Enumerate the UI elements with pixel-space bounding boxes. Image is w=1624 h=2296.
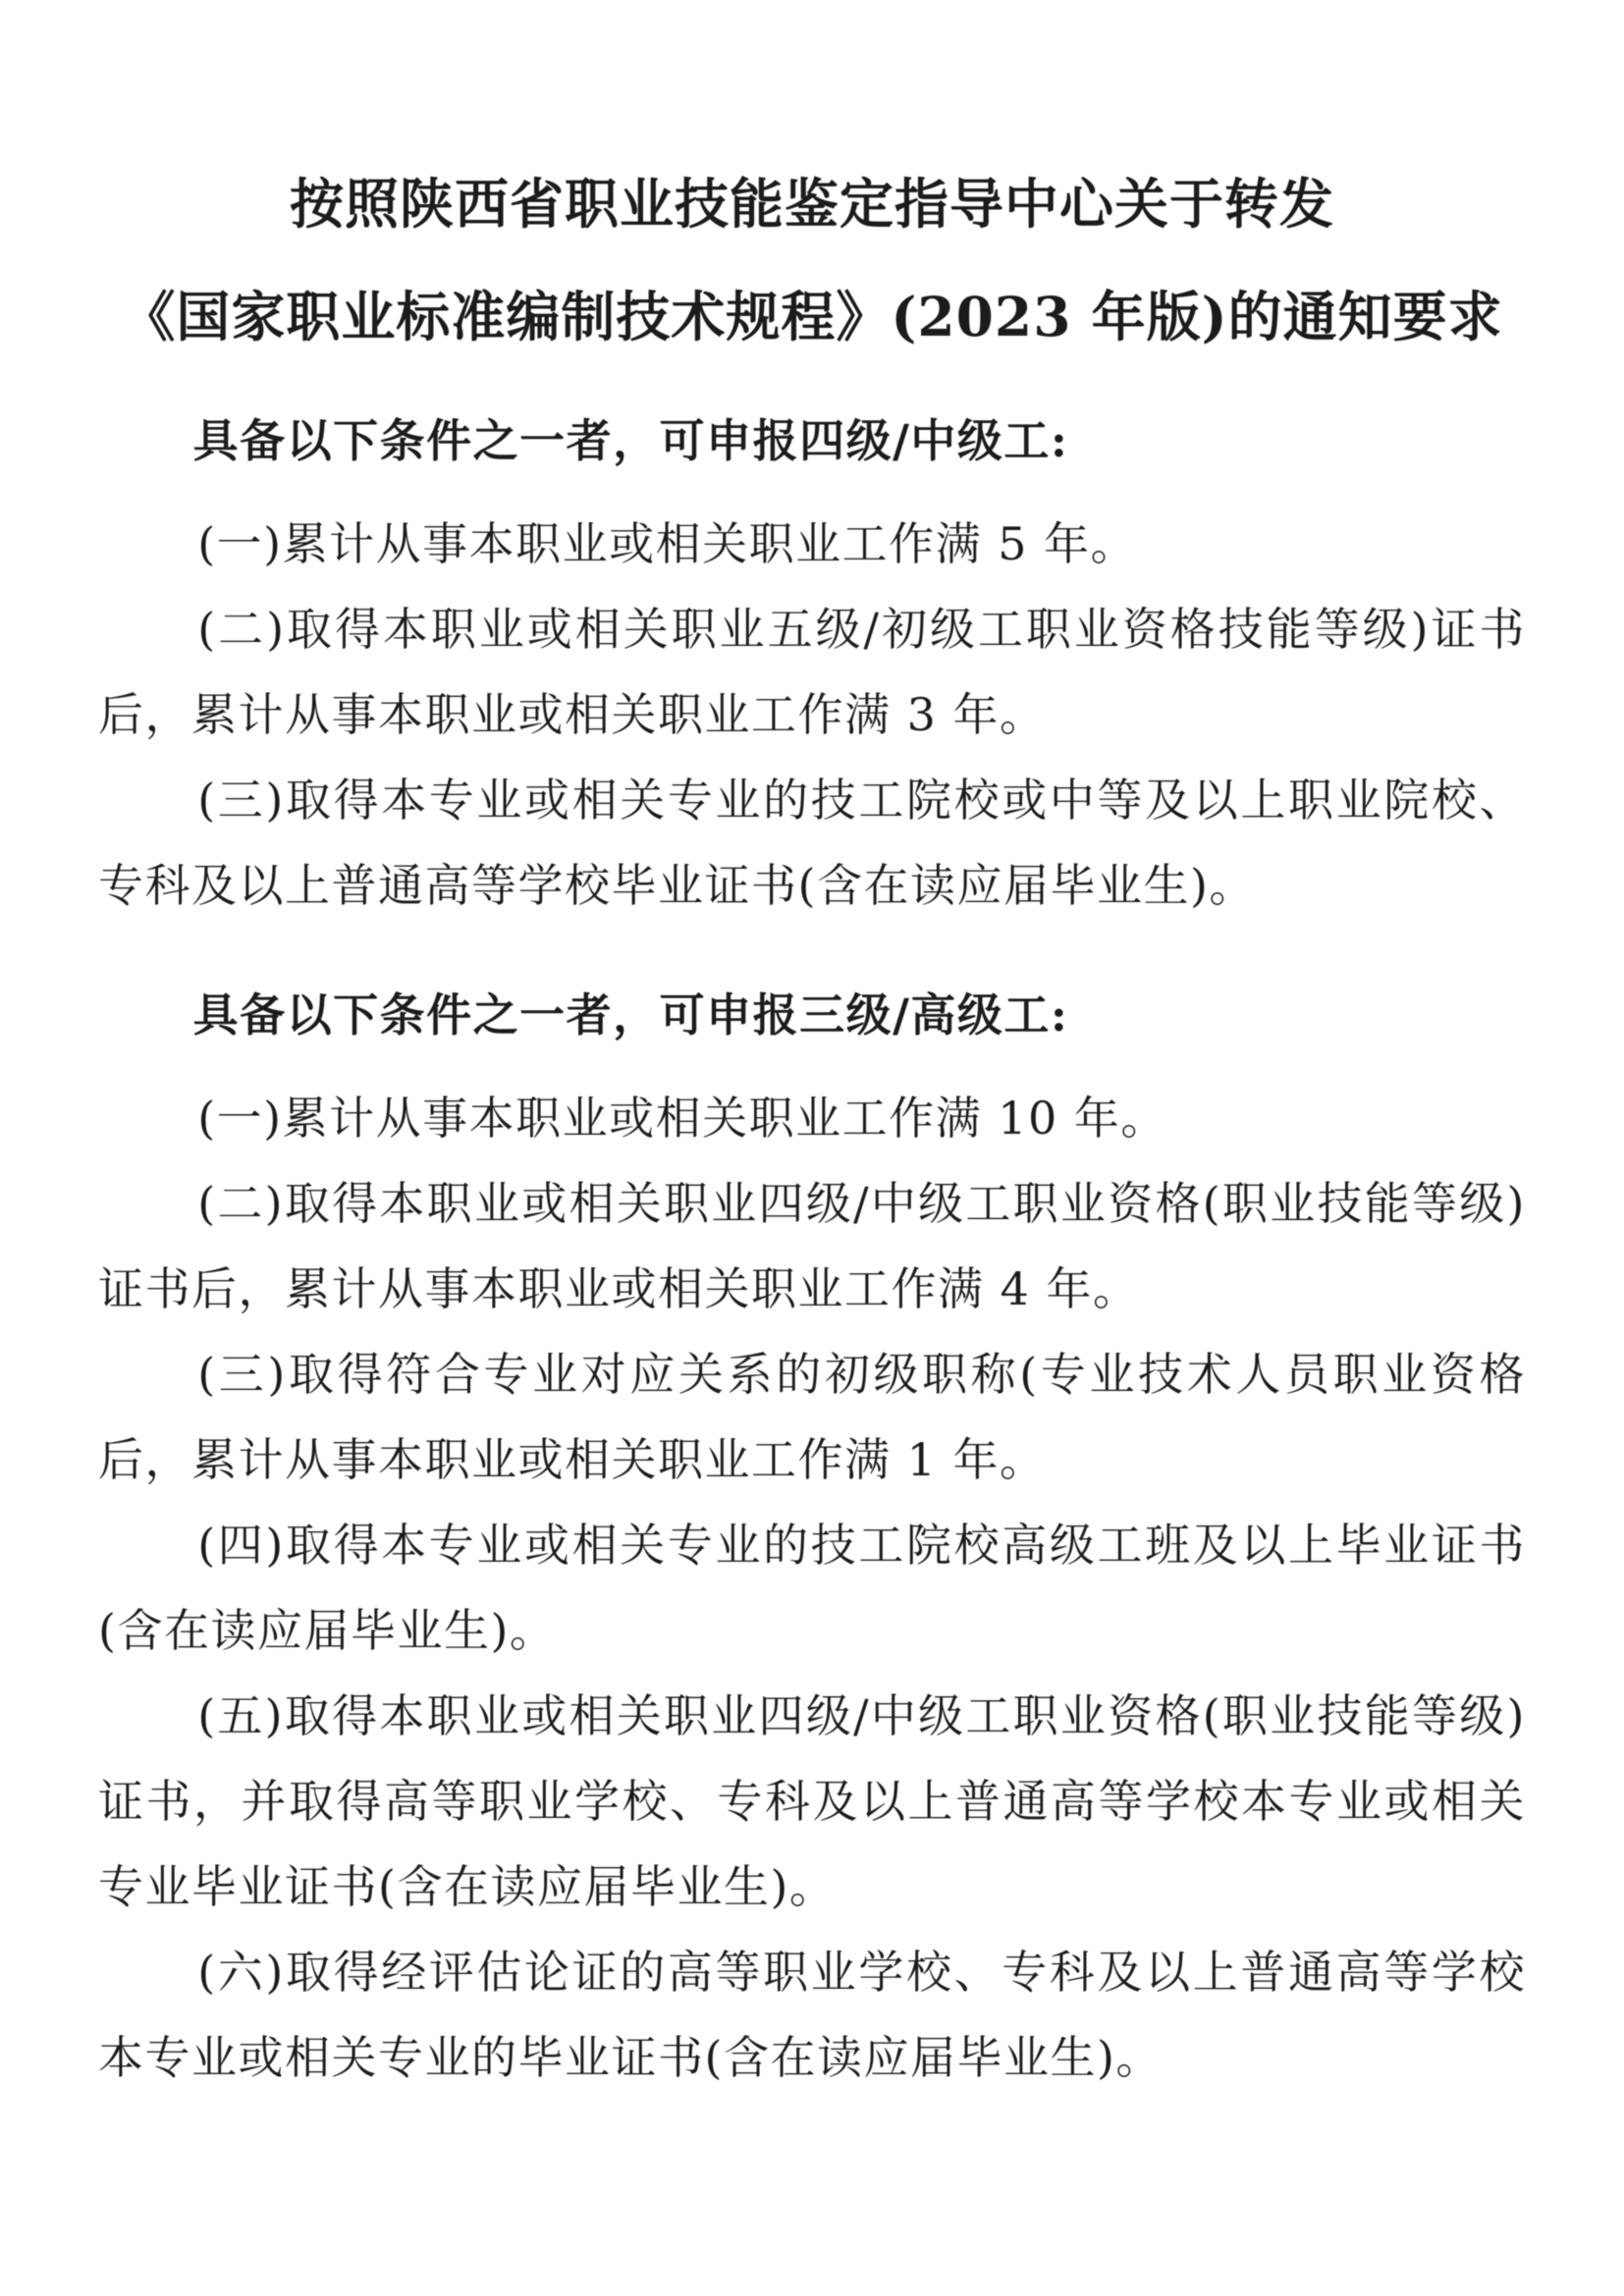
condition-item: (一)累计从事本职业或相关职业工作满 5 年。 [98, 502, 1526, 587]
condition-item: (三)取得符合专业对应关系的初级职称(专业技术人员职业资格后，累计从事本职业或相… [98, 1332, 1526, 1503]
section-heading: 具备以下条件之一者，可申报四级/中级工: [98, 399, 1526, 484]
document-title-line-1: 按照陕西省职业技能鉴定指导中心关于转发 [98, 147, 1526, 260]
condition-list: (一)累计从事本职业或相关职业工作满 10 年。 (二)取得本职业或相关职业四级… [98, 1076, 1526, 2101]
section-level3-senior-worker: 具备以下条件之一者，可申报三级/高级工: (一)累计从事本职业或相关职业工作满 … [98, 973, 1526, 2101]
document-title-line-2: 《国家职业标准编制技术规程》(2023 年版)的通知要求 [98, 260, 1526, 373]
section-level4-intermediate-worker: 具备以下条件之一者，可申报四级/中级工: (一)累计从事本职业或相关职业工作满 … [98, 399, 1526, 929]
section-heading: 具备以下条件之一者，可申报三级/高级工: [98, 973, 1526, 1058]
condition-list: (一)累计从事本职业或相关职业工作满 5 年。 (二)取得本职业或相关职业五级/… [98, 502, 1526, 929]
document-page: 按照陕西省职业技能鉴定指导中心关于转发 《国家职业标准编制技术规程》(2023 … [0, 0, 1624, 2296]
condition-item: (五)取得本职业或相关职业四级/中级工职业资格(职业技能等级)证书，并取得高等职… [98, 1674, 1526, 1930]
condition-item: (二)取得本职业或相关职业五级/初级工职业资格技能等级)证书后，累计从事本职业或… [98, 587, 1526, 758]
condition-item: (四)取得本专业或相关专业的技工院校高级工班及以上毕业证书(含在读应届毕业生)。 [98, 1503, 1526, 1674]
condition-item: (二)取得本职业或相关职业四级/中级工职业资格(职业技能等级)证书后，累计从事本… [98, 1161, 1526, 1332]
condition-item: (六)取得经评估论证的高等职业学校、专科及以上普通高等学校本专业或相关专业的毕业… [98, 1930, 1526, 2101]
condition-item: (三)取得本专业或相关专业的技工院校或中等及以上职业院校、专科及以上普通高等学校… [98, 758, 1526, 929]
condition-item: (一)累计从事本职业或相关职业工作满 10 年。 [98, 1076, 1526, 1161]
